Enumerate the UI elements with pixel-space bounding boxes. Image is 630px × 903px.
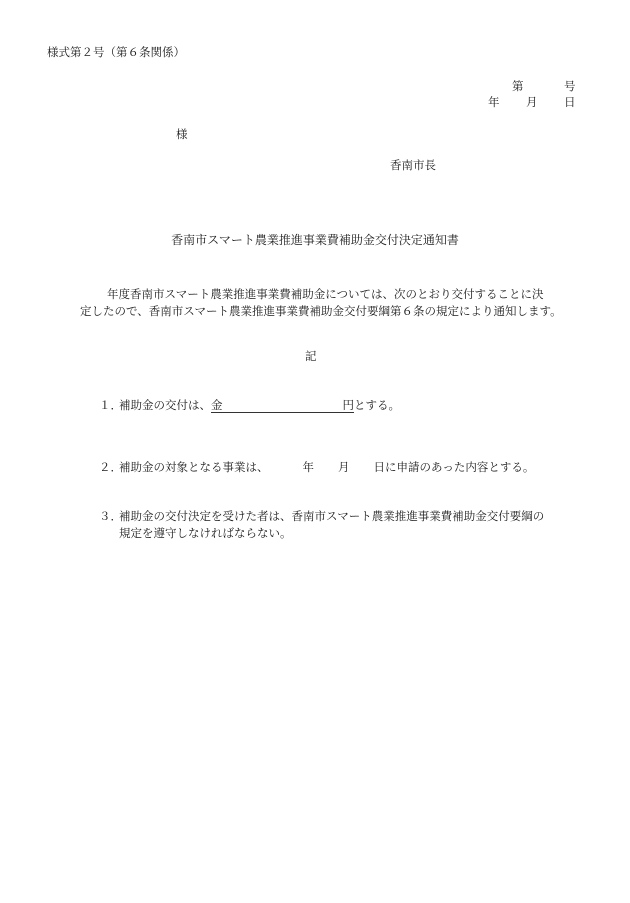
- item-number: ２．: [99, 462, 119, 474]
- document-title: 香南市スマート農業推進事業費補助金交付決定通知書: [0, 234, 630, 246]
- body-paragraph: 年度香南市スマート農業推進事業費補助金については、次のとおり交付することに決 定…: [80, 286, 580, 320]
- date-year: 年: [488, 97, 500, 109]
- body-line-2: 定したので、香南市スマート農業推進事業費補助金交付要綱第６条の規定により通知しま…: [80, 303, 580, 320]
- app-day-text: 日に申請のあった内容とする。: [374, 460, 535, 474]
- body-line-1: 年度香南市スマート農業推進事業費補助金については、次のとおり交付することに決: [80, 286, 580, 303]
- document-page: { "document": { "form_number": "様式第２号（第６…: [0, 0, 630, 903]
- item-suffix: とする。: [354, 398, 400, 412]
- reference-dai: 第: [512, 81, 524, 93]
- date-month: 月: [526, 97, 538, 109]
- item-text-line-1: 補助金の交付決定を受けた者は、香南市スマート農業推進事業費補助金交付要綱の: [119, 509, 544, 523]
- reference-go: 号: [564, 81, 576, 93]
- addressee: 様: [176, 129, 188, 141]
- item-text-line-2: 規定を遵守しなければならない。: [99, 525, 544, 542]
- amount-prefix: 金: [211, 398, 223, 412]
- item-text: 補助金の交付は、: [119, 398, 211, 412]
- item-number: ３．: [99, 508, 119, 525]
- item-text: 補助金の対象となる事業は、: [119, 460, 269, 474]
- app-month: 月: [338, 460, 350, 474]
- issuer: 香南市長: [390, 160, 436, 172]
- item-3: ３．補助金の交付決定を受けた者は、香南市スマート農業推進事業費補助金交付要綱の …: [99, 508, 544, 542]
- ki-heading: 記: [305, 351, 317, 363]
- date-day: 日: [564, 97, 576, 109]
- item-2: ２．補助金の対象となる事業は、年月日に申請のあった内容とする。: [99, 462, 534, 474]
- item-1: １．補助金の交付は、金円とする。: [99, 400, 400, 413]
- app-year: 年: [303, 460, 315, 474]
- item-number: １．: [99, 400, 119, 412]
- amount-field[interactable]: 金円: [211, 400, 354, 413]
- form-number: 様式第２号（第６条関係）: [47, 47, 185, 59]
- amount-unit: 円: [343, 398, 355, 412]
- title-text: 香南市スマート農業推進事業費補助金交付決定通知書: [171, 233, 459, 247]
